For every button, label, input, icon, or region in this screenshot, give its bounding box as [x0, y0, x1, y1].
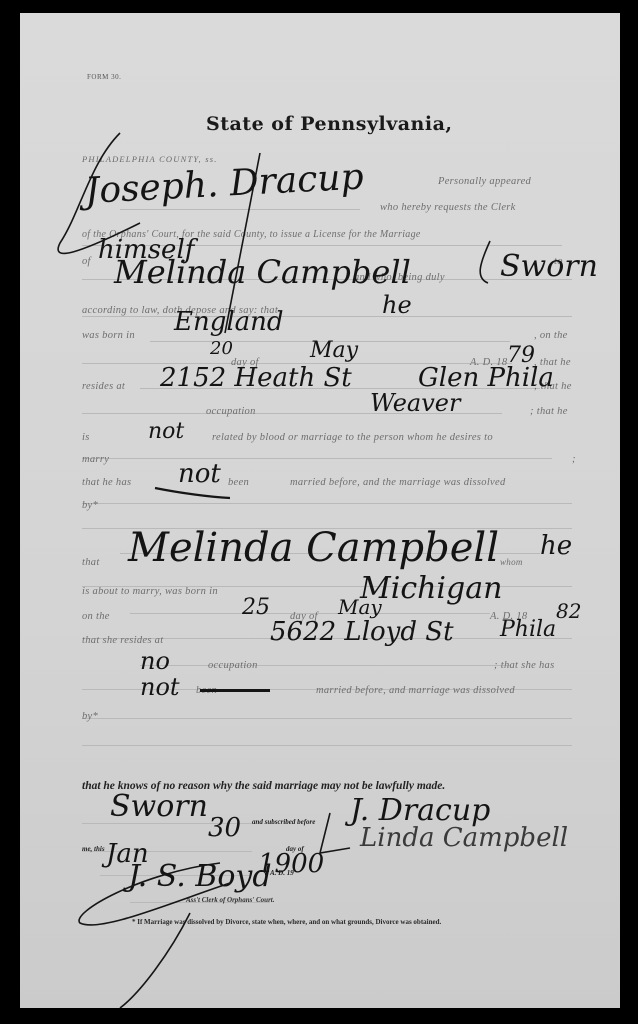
pen-flourishes	[20, 13, 620, 1008]
marriage-license-page: FORM 30. State of Pennsylvania, PHILADEL…	[20, 13, 620, 1008]
